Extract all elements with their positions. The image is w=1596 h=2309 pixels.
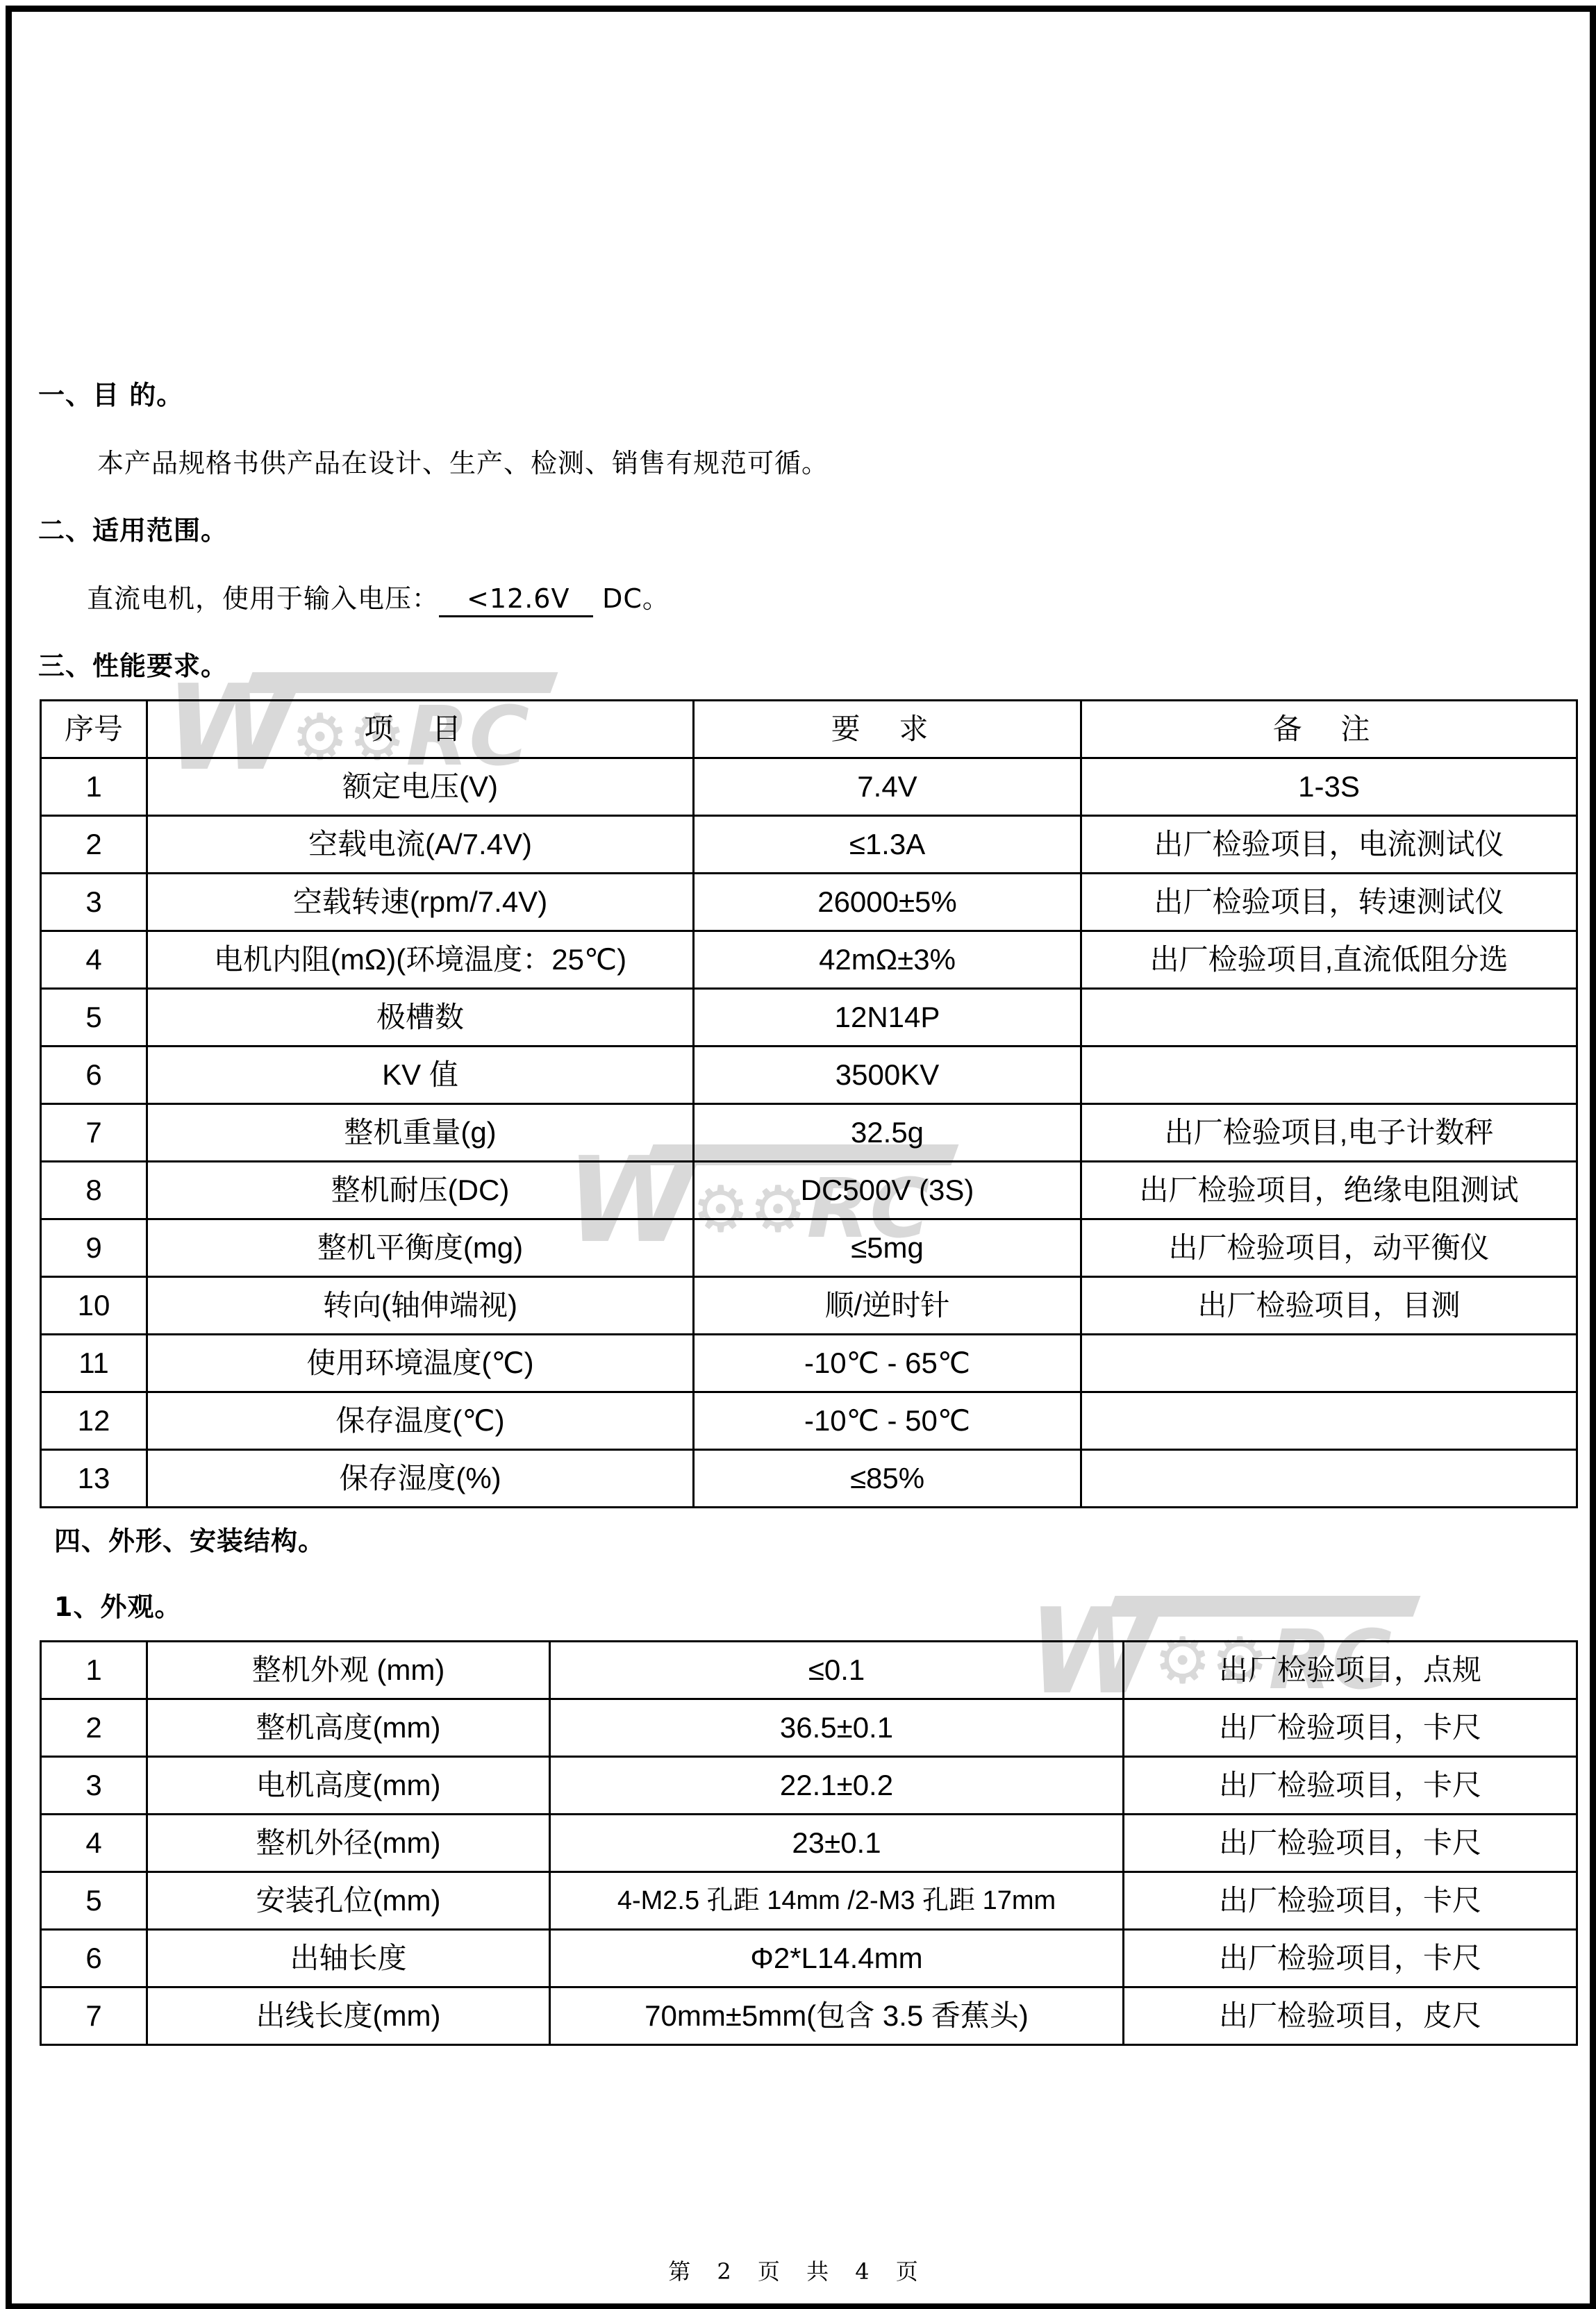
header-requirement: 要 求 <box>694 701 1081 758</box>
table-row: 2 整机高度(mm) 36.5±0.1 出厂检验项目，卡尺 <box>41 1699 1577 1757</box>
section-2-body: 直流电机，使用于输入电压：<12.6V DC。 <box>87 582 670 617</box>
table-row: 10 转向(轴伸端视) 顺/逆时针 出厂检验项目，目测 <box>41 1277 1577 1335</box>
row-note: 出厂检验项目，转速测试仪 <box>1081 874 1577 931</box>
appearance-table: 1 整机外观 (mm) ≤0.1 出厂检验项目，点规 2 整机高度(mm) 36… <box>40 1640 1578 2046</box>
row-note: 出厂检验项目，卡尺 <box>1124 1930 1577 1987</box>
row-note: 出厂检验项目，动平衡仪 <box>1081 1219 1577 1277</box>
row-no: 7 <box>41 1987 147 2045</box>
row-note: 出厂检验项目，电流测试仪 <box>1081 816 1577 874</box>
row-item: 使用环境温度(℃) <box>147 1335 694 1392</box>
row-requirement: ≤5mg <box>694 1219 1081 1277</box>
row-item: 保存湿度(%) <box>147 1450 694 1508</box>
row-no: 10 <box>41 1277 147 1335</box>
row-note <box>1081 1047 1577 1104</box>
row-item: 保存温度(℃) <box>147 1392 694 1450</box>
section-1-title: 一、目 的。 <box>38 378 183 412</box>
table-row: 5 极槽数 12N14P <box>41 989 1577 1047</box>
row-requirement: -10℃ - 50℃ <box>694 1392 1081 1450</box>
row-requirement: 26000±5% <box>694 874 1081 931</box>
row-item: 空载电流(A/7.4V) <box>147 816 694 874</box>
row-no: 2 <box>41 816 147 874</box>
row-note: 1-3S <box>1081 758 1577 816</box>
row-no: 5 <box>41 989 147 1047</box>
row-note: 出厂检验项目，卡尺 <box>1124 1757 1577 1815</box>
row-note <box>1081 1335 1577 1392</box>
row-no: 13 <box>41 1450 147 1508</box>
table-row: 7 出线长度(mm) 70mm±5mm(包含 3.5 香蕉头) 出厂检验项目，皮… <box>41 1987 1577 2045</box>
table-header-row: 序号 项 目 要 求 备 注 <box>41 701 1577 758</box>
table-row: 1 额定电压(V) 7.4V 1-3S <box>41 758 1577 816</box>
row-item: 电机内阻(mΩ)(环境温度：25℃) <box>147 931 694 989</box>
header-item: 项 目 <box>147 701 694 758</box>
row-requirement: 36.5±0.1 <box>550 1699 1124 1757</box>
section-4-subtitle: 1、外观。 <box>54 1590 181 1624</box>
section-1-body: 本产品规格书供产品在设计、生产、检测、销售有规范可循。 <box>97 447 829 480</box>
section-3-title: 三、性能要求。 <box>38 649 228 683</box>
table-row: 6 出轴长度 Φ2*L14.4mm 出厂检验项目，卡尺 <box>41 1930 1577 1987</box>
row-note <box>1081 1392 1577 1450</box>
row-requirement: 12N14P <box>694 989 1081 1047</box>
row-item: 出线长度(mm) <box>147 1987 550 2045</box>
header-no: 序号 <box>41 701 147 758</box>
row-item: 额定电压(V) <box>147 758 694 816</box>
row-requirement: 42mΩ±3% <box>694 931 1081 989</box>
row-no: 6 <box>41 1047 147 1104</box>
row-item: 转向(轴伸端视) <box>147 1277 694 1335</box>
section-2-title: 二、适用范围。 <box>38 514 228 547</box>
row-item: 出轴长度 <box>147 1930 550 1987</box>
row-item: 整机耐压(DC) <box>147 1162 694 1219</box>
row-note: 出厂检验项目,电子计数秤 <box>1081 1104 1577 1162</box>
row-item: 安装孔位(mm) <box>147 1872 550 1930</box>
row-requirement: ≤85% <box>694 1450 1081 1508</box>
row-note: 出厂检验项目，卡尺 <box>1124 1815 1577 1872</box>
table-row: 2 空载电流(A/7.4V) ≤1.3A 出厂检验项目，电流测试仪 <box>41 816 1577 874</box>
row-requirement: 22.1±0.2 <box>550 1757 1124 1815</box>
table-row: 8 整机耐压(DC) DC500V (3S) 出厂检验项目，绝缘电阻测试 <box>41 1162 1577 1219</box>
section-2-body-prefix: 直流电机，使用于输入电压： <box>87 583 439 614</box>
row-no: 11 <box>41 1335 147 1392</box>
table-row: 9 整机平衡度(mg) ≤5mg 出厂检验项目，动平衡仪 <box>41 1219 1577 1277</box>
row-note <box>1081 1450 1577 1508</box>
row-note: 出厂检验项目，皮尺 <box>1124 1987 1577 2045</box>
page-number: 第 2 页 共 4 页 <box>0 2254 1596 2286</box>
row-requirement: ≤0.1 <box>550 1642 1124 1699</box>
row-note: 出厂检验项目，目测 <box>1081 1277 1577 1335</box>
row-item: 整机平衡度(mg) <box>147 1219 694 1277</box>
row-note: 出厂检验项目，点规 <box>1124 1642 1577 1699</box>
row-no: 4 <box>41 1815 147 1872</box>
table-row: 13 保存湿度(%) ≤85% <box>41 1450 1577 1508</box>
row-item: 整机外观 (mm) <box>147 1642 550 1699</box>
row-no: 12 <box>41 1392 147 1450</box>
row-requirement: -10℃ - 65℃ <box>694 1335 1081 1392</box>
row-no: 3 <box>41 874 147 931</box>
table-row: 6 KV 值 3500KV <box>41 1047 1577 1104</box>
table-row: 1 整机外观 (mm) ≤0.1 出厂检验项目，点规 <box>41 1642 1577 1699</box>
table-row: 12 保存温度(℃) -10℃ - 50℃ <box>41 1392 1577 1450</box>
row-requirement: 4-M2.5 孔距 14mm /2-M3 孔距 17mm <box>550 1872 1124 1930</box>
row-note: 出厂检验项目,直流低阻分选 <box>1081 931 1577 989</box>
row-no: 8 <box>41 1162 147 1219</box>
row-requirement: DC500V (3S) <box>694 1162 1081 1219</box>
row-item: 空载转速(rpm/7.4V) <box>147 874 694 931</box>
row-note: 出厂检验项目，卡尺 <box>1124 1872 1577 1930</box>
row-no: 6 <box>41 1930 147 1987</box>
row-requirement: ≤1.3A <box>694 816 1081 874</box>
row-requirement: 70mm±5mm(包含 3.5 香蕉头) <box>550 1987 1124 2045</box>
row-item: 电机高度(mm) <box>147 1757 550 1815</box>
table-row: 3 电机高度(mm) 22.1±0.2 出厂检验项目，卡尺 <box>41 1757 1577 1815</box>
row-no: 5 <box>41 1872 147 1930</box>
row-item: 极槽数 <box>147 989 694 1047</box>
table-row: 5 安装孔位(mm) 4-M2.5 孔距 14mm /2-M3 孔距 17mm … <box>41 1872 1577 1930</box>
row-note: 出厂检验项目，卡尺 <box>1124 1699 1577 1757</box>
row-item: 整机外径(mm) <box>147 1815 550 1872</box>
table-row: 3 空载转速(rpm/7.4V) 26000±5% 出厂检验项目，转速测试仪 <box>41 874 1577 931</box>
performance-table: 序号 项 目 要 求 备 注 1 额定电压(V) 7.4V 1-3S 2 空载电… <box>40 699 1578 1508</box>
row-item: KV 值 <box>147 1047 694 1104</box>
row-item: 整机高度(mm) <box>147 1699 550 1757</box>
row-note <box>1081 989 1577 1047</box>
table-row: 7 整机重量(g) 32.5g 出厂检验项目,电子计数秤 <box>41 1104 1577 1162</box>
row-requirement: 7.4V <box>694 758 1081 816</box>
row-no: 1 <box>41 1642 147 1699</box>
row-no: 7 <box>41 1104 147 1162</box>
row-requirement: 顺/逆时针 <box>694 1277 1081 1335</box>
table-row: 4 整机外径(mm) 23±0.1 出厂检验项目，卡尺 <box>41 1815 1577 1872</box>
row-requirement: Φ2*L14.4mm <box>550 1930 1124 1987</box>
row-no: 1 <box>41 758 147 816</box>
header-note: 备 注 <box>1081 701 1577 758</box>
row-note: 出厂检验项目，绝缘电阻测试 <box>1081 1162 1577 1219</box>
row-no: 4 <box>41 931 147 989</box>
row-item: 整机重量(g) <box>147 1104 694 1162</box>
row-requirement: 3500KV <box>694 1047 1081 1104</box>
row-no: 3 <box>41 1757 147 1815</box>
input-voltage-value: <12.6V <box>439 582 593 617</box>
section-2-body-suffix: DC。 <box>593 583 670 614</box>
section-4-title: 四、外形、安装结构。 <box>54 1524 325 1558</box>
row-requirement: 23±0.1 <box>550 1815 1124 1872</box>
row-no: 9 <box>41 1219 147 1277</box>
table-row: 4 电机内阻(mΩ)(环境温度：25℃) 42mΩ±3% 出厂检验项目,直流低阻… <box>41 931 1577 989</box>
row-requirement: 32.5g <box>694 1104 1081 1162</box>
table-row: 11 使用环境温度(℃) -10℃ - 65℃ <box>41 1335 1577 1392</box>
row-no: 2 <box>41 1699 147 1757</box>
